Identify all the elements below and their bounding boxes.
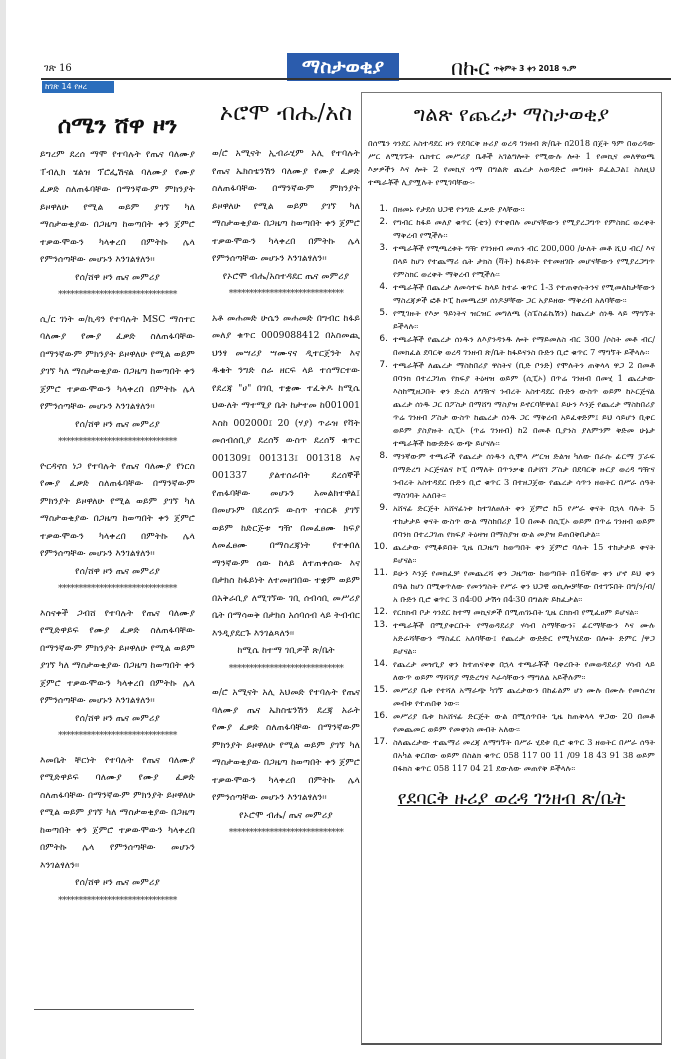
item-text: የጨረታ መዝጊያ ቀን ከተጠናቀቀ በኋላ ተጫራቾች ባቀረቡት የመወዳ…	[393, 658, 655, 684]
item-text: መሥሪያ ቤቱ ከአሸናፊ ድርጅት ውል በሚሰጥበት ጊዜ ከጠቅላላ ዋጋ…	[393, 710, 655, 736]
item-text: ተጫራቾች የጨረታ ሰነዱን ለእያንዳንዱ ሎት የማይመለስ ብር 300…	[393, 333, 655, 359]
notice-text: ሲ/ር ገነት ወ/ኪዳን የተባሉት MSC ማስተር ባለሙያ የሙያ ፈቃ…	[40, 311, 195, 416]
notice-text: ዮርዳኖስ ነጋ የተባሉት የጤና ባለሙያ የነርስ የሙያ ፈቃድ ስለጠ…	[40, 458, 195, 563]
notice-item: ይግረም ደረሰ ማሞ የተባሉት የጤና ባለሙያ ፐብሊክ ሄልዝ ፕሮፌሽ…	[40, 146, 195, 304]
item-text: በዘመኑ የታደሰ ህጋዊ የንግድ ፈቃድ ያላቸው፡፡	[393, 203, 655, 216]
item-number: 1.	[362, 203, 393, 216]
item-text: ጨረታው የሚቆይበት ጊዜ በጋዜጣ ከወጣበት ቀን ጀምሮ ባሉት 15 …	[393, 541, 655, 567]
item-number: 10.	[362, 541, 393, 567]
list-item: 6.ተጫራቾች የጨረታ ሰነዱን ለእያንዳንዱ ሎት የማይመለስ ብር 3…	[362, 333, 655, 359]
item-number: 11.	[362, 567, 393, 606]
item-number: 2.	[362, 216, 393, 242]
list-item: 9.አሸናፊ ድርጅት አሸናፊነቱ ከተገለፀለት ቀን ጀምሮ ከ5 የሥራ…	[362, 502, 655, 541]
notice-signature: የሰ/ሸዋ ዞን ጤና መምሪያ	[40, 416, 195, 434]
separator: *****************************	[40, 892, 195, 910]
separator: ****************************	[212, 660, 360, 678]
list-item: 16.መሥሪያ ቤቱ ከአሸናፊ ድርጅት ውል በሚሰጥበት ጊዜ ከጠቅላላ…	[362, 710, 655, 736]
list-item: 1.በዘመኑ የታደሰ ህጋዊ የንግድ ፈቃድ ያላቸው፡፡	[362, 203, 655, 216]
tender-title: ግልጽ የጨረታ ማስታወቂያ	[362, 101, 661, 127]
item-text: ተጫራቾች ለጨረታ ማስከበሪያ ዋስትና (ቢድ ቦንድ) የሞሉትን ጠቅ…	[393, 359, 655, 450]
item-text: ተጫራቾች የሚጫረቱት ግዥ የገንዘብ መጠን ብር 200,000 /ሁለ…	[393, 242, 655, 281]
separator: *****************************	[40, 433, 195, 451]
item-number: 8.	[362, 450, 393, 502]
tender-intro: በሰሜን ጎንደር አስተዳደር ዞን የደባርቅ ዙሪያ ወረዳ ገንዘብ ጽ…	[362, 137, 661, 189]
separator: *****************************	[40, 727, 195, 745]
list-item: 2.የግብር ከፋይ መለያ ቁጥር (ቲን) የተቀበሉ መሆናቸውን የሚያ…	[362, 216, 655, 242]
item-text: መሥሪያ ቤቱ የተሻለ አማራጭ ካገኘ ጨረታውን በከፊልም ሆነ ሙሉ …	[393, 684, 655, 710]
list-item: 13.ተጫራቾች በሚያቀርቡት የማወዳደሪያ ሃሳብ ስማቸውን፣ ፊርማቸ…	[362, 619, 655, 658]
list-item: 12.የርክክብ ቦታ ጎንደር ከተማ መኪናዎች በሚጠገኑበት ጊዜ ርክ…	[362, 606, 655, 619]
list-item: 11.ይሁን እንጅ የመክፈቻ የመጨረሻ ቀን ጋዜጣው ከወጣበት በ16…	[362, 567, 655, 606]
item-number: 13.	[362, 619, 393, 658]
notice-signature: ከሚሴ ከተማ ገቢዎች ጽ/ቤት	[212, 642, 360, 660]
list-item: 4.ተጫራቾች በጨረታ ለመሳተፍ ከላይ ከተራ ቁጥር 1-3 የተጠቀሱ…	[362, 281, 655, 307]
notice-text: ይግረም ደረሰ ማሞ የተባሉት የጤና ባለሙያ ፐብሊክ ሄልዝ ፕሮፌሽ…	[40, 146, 195, 269]
notice-signature: የሰ/ሸዋ ዞን ጤና መምሪያ	[40, 563, 195, 581]
item-number: 14.	[362, 658, 393, 684]
list-item: 17.ስለጨረታው ተጨማሪ መረጃ ለማግኘት በሥራ ሂደቱ ቢሮ ቁጥር …	[362, 736, 655, 775]
list-item: 15.መሥሪያ ቤቱ የተሻለ አማራጭ ካገኘ ጨረታውን በከፊልም ሆነ …	[362, 684, 655, 710]
list-item: 10.ጨረታው የሚቆይበት ጊዜ በጋዜጣ ከወጣበት ቀን ጀምሮ ባሉት …	[362, 541, 655, 567]
tender-notice-box: ግልጽ የጨረታ ማስታወቂያ በሰሜን ጎንደር አስተዳደር ዞን የደባር…	[361, 92, 662, 1045]
newspaper-name: በኩር	[451, 56, 490, 80]
notice-item: ወ/ሮ አሚናት አሊ አህመድ የተባሉት የጤና ባለሙያ ጤና ኤክስቴን…	[212, 684, 360, 842]
column-north-shewa: ሰሜን ሸዋ ዞን ይግረም ደረሰ ማሞ የተባሉት የጤና ባለሙያ ፐብሊ…	[40, 110, 195, 916]
item-text: ተጫራቾች በጨረታ ለመሳተፍ ከላይ ከተራ ቁጥር 1-3 የተጠቀሱትን…	[393, 281, 655, 307]
notice-signature: የሰ/ሸዋ ዞን ጤና መምሪያ	[40, 269, 195, 287]
item-number: 6.	[362, 333, 393, 359]
item-text: የርክክብ ቦታ ጎንደር ከተማ መኪናዎች በሚጠገኑበት ጊዜ ርክክብ …	[393, 606, 655, 619]
item-number: 12.	[362, 606, 393, 619]
item-number: 16.	[362, 710, 393, 736]
notice-item: ወ/ሮ አሚናት ኢብራሂም አሊ የተባሉት የጤና ኤክስቴንሽን ባለሙያ…	[212, 145, 360, 303]
separator: *****************************	[40, 580, 195, 598]
item-number: 15.	[362, 684, 393, 710]
issue-date: ጥቅምት 3 ቀን 2018 ዓ.ም	[494, 64, 577, 73]
page-number: ገጽ 16	[44, 63, 72, 74]
column-title: ኦሮሞ ብሔ/አስ	[212, 97, 360, 129]
tender-signature: የደባርቅ ዙሪያ ወረዳ ገንዘብ ጽ/ቤት	[362, 787, 661, 811]
notice-item: እስናቀች ጋብሸ የተባሉት የጤና ባለሙያ የሚድዋይፍ የሙያ ፈቃድ …	[40, 605, 195, 745]
item-text: ይሁን እንጅ የመክፈቻ የመጨረሻ ቀን ጋዜጣው ከወጣበት በ16ኛው …	[393, 567, 655, 606]
notice-signature: የኦሮሞ ብሔ/አስተዳደር ጤና መምሪያ	[212, 268, 360, 286]
item-text: ተጫራቾች በሚያቀርቡት የማወዳደሪያ ሃሳብ ስማቸውን፣ ፊርማቸውን …	[393, 619, 655, 658]
list-item: 3.ተጫራቾች የሚጫረቱት ግዥ የገንዘብ መጠን ብር 200,000 /…	[362, 242, 655, 281]
notice-text: እመቤት ቸርነት የተባሉት የጤና ባለሙያ የሚድዋይፍ ባለሙያ የሙያ…	[40, 752, 195, 875]
notice-item: ዮርዳኖስ ነጋ የተባሉት የጤና ባለሙያ የነርስ የሙያ ፈቃድ ስለጠ…	[40, 458, 195, 598]
item-number: 4.	[362, 281, 393, 307]
item-number: 17.	[362, 736, 393, 775]
item-number: 3.	[362, 242, 393, 281]
column-title: ሰሜን ሸዋ ዞን	[40, 110, 195, 142]
list-item: 8.ማንኛውም ተጫራች የጨረታ ሰነዱን ሲሞላ ሥርዝ ድልዝ ካለው በ…	[362, 450, 655, 502]
notice-item: ሲ/ር ገነት ወ/ኪዳን የተባሉት MSC ማስተር ባለሙያ የሙያ ፈቃ…	[40, 311, 195, 451]
column-end-rule	[34, 1009, 194, 1010]
continued-from-label: ከገጽ 14 የዞረ	[42, 81, 114, 93]
notice-signature: የሰ/ሸዋ ዞን ጤና መምሪያ	[40, 710, 195, 728]
list-item: 5.የሚገዙት የእቃ ዓይነትና ዝርዝር መግለጫ (ስፔስፊኬሽን) ከጨ…	[362, 307, 655, 333]
header-divider	[41, 78, 671, 80]
item-number: 7.	[362, 359, 393, 450]
separator: ****************************	[212, 285, 360, 303]
notice-item: እመቤት ቸርነት የተባሉት የጤና ባለሙያ የሚድዋይፍ ባለሙያ የሙያ…	[40, 752, 195, 910]
separator: *****************************	[40, 286, 195, 304]
column-oromo-zone: ኦሮሞ ብሔ/አስ ወ/ሮ አሚናት ኢብራሂም አሊ የተባሉት የጤና ኤክ…	[212, 97, 360, 849]
item-text: አሸናፊ ድርጅት አሸናፊነቱ ከተገለፀለት ቀን ጀምሮ ከ5 የሥራ ቀ…	[393, 502, 655, 541]
notice-item: አቶ መሐመድ ሁሴን መሐመድ በግብር ከፋይ መለያ ቁጥር 000908…	[212, 310, 360, 678]
notice-text: ወ/ሮ አሚናት አሊ አህመድ የተባሉት የጤና ባለሙያ ጤና ኤክስቴን…	[212, 684, 360, 807]
item-number: 9.	[362, 502, 393, 541]
notice-text: ወ/ሮ አሚናት ኢብራሂም አሊ የተባሉት የጤና ኤክስቴንሽን ባለሙያ…	[212, 145, 360, 268]
notice-text: አቶ መሐመድ ሁሴን መሐመድ በግብር ከፋይ መለያ ቁጥር 000908…	[212, 310, 360, 643]
notice-signature: የሰ/ሸዋ ዞን ጤና መምሪያ	[40, 874, 195, 892]
newspaper-page: ገጽ 16 ማስታወቂያ በኩርጥቅምት 3 ቀን 2018 ዓ.ም ከገጽ 1…	[6, 0, 689, 1059]
item-text: ስለጨረታው ተጨማሪ መረጃ ለማግኘት በሥራ ሂደቱ ቢሮ ቁጥር 3 ዘ…	[393, 736, 655, 775]
separator: ****************************	[212, 824, 360, 842]
section-logo: ማስታወቂያ	[287, 53, 399, 81]
item-number: 5.	[362, 307, 393, 333]
item-text: የግብር ከፋይ መለያ ቁጥር (ቲን) የተቀበሉ መሆናቸውን የሚያረጋ…	[393, 216, 655, 242]
item-text: የሚገዙት የእቃ ዓይነትና ዝርዝር መግለጫ (ስፔስፊኬሽን) ከጨረታ…	[393, 307, 655, 333]
list-item: 7.ተጫራቾች ለጨረታ ማስከበሪያ ዋስትና (ቢድ ቦንድ) የሞሉትን …	[362, 359, 655, 450]
item-text: ማንኛውም ተጫራች የጨረታ ሰነዱን ሲሞላ ሥርዝ ድልዝ ካለው በራሱ…	[393, 450, 655, 502]
list-item: 14.የጨረታ መዝጊያ ቀን ከተጠናቀቀ በኋላ ተጫራቾች ባቀረቡት የ…	[362, 658, 655, 684]
notice-signature: የኦሮሞ ብሔ/ ጤና መምሪያ	[212, 807, 360, 825]
notice-text: እስናቀች ጋብሸ የተባሉት የጤና ባለሙያ የሚድዋይፍ የሙያ ፈቃድ …	[40, 605, 195, 710]
tender-requirements-list: 1.በዘመኑ የታደሰ ህጋዊ የንግድ ፈቃድ ያላቸው፡፡ 2.የግብር ከ…	[362, 203, 661, 775]
